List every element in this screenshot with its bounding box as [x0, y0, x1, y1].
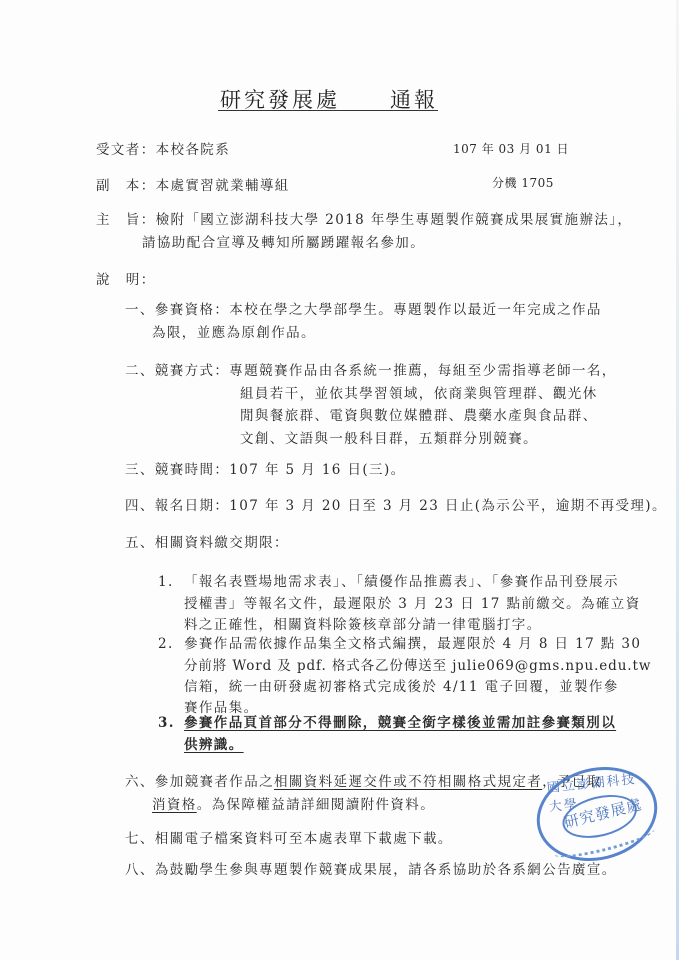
document-date: 107 年 03 月 01 日	[453, 140, 569, 157]
item-3: 三、競賽時間：107 年 5 月 16 日(三)。	[125, 462, 406, 478]
sub-2-number: 2.	[158, 636, 174, 652]
sub-1-line-1: 「報名表暨場地需求表」、「績優作品推薦表」、「參賽作品刊登展示	[184, 574, 619, 590]
explanation-label: 說 明：	[96, 272, 156, 288]
item-2-line-4: 文創、文語與一般科目群，五類群分別競賽。	[240, 431, 538, 447]
copy-value: 本處實習就業輔導組	[156, 178, 290, 194]
subject-line-2: 請協助配合宣導及轉知所屬踴躍報名參加。	[142, 235, 425, 251]
recipient-value: 本校各院系	[156, 142, 231, 158]
item-2-line-1: 二、競賽方式：專題競賽作品由各系統一推薦，每組至少需指導老師一名，	[125, 363, 617, 379]
item-6-line-2: 消資格。為保障權益請詳細閱讀附件資料。	[152, 797, 435, 813]
item-6-prefix: 六、參加競賽者作品之	[125, 774, 274, 790]
item-8: 八、為鼓勵學生參與專題製作競賽成果展，請各系協助於各系網公告廣宣。	[125, 862, 617, 878]
sub-1-line-3: 料之正確性，相關資料除簽核章部分請一律電腦打字。	[184, 617, 542, 633]
sub-3-number: 3.	[158, 715, 175, 731]
item-1-line-1: 一、參賽資格：本校在學之大學部學生。專題製作以最近一年完成之作品	[125, 302, 602, 318]
official-seal: 國立澎湖科技大學 研究發展處	[527, 755, 668, 874]
copy-row: 副 本：本處實習就業輔導組	[96, 178, 290, 194]
subject-row: 主 旨：檢附「國立澎湖科技大學 2018 年學生專題製作競賽成果展實施辦法」，	[96, 212, 632, 228]
item-1-line-2: 為限，並應為原創作品。	[152, 325, 316, 341]
copy-label: 副 本：	[96, 178, 156, 194]
extension-number: 分機 1705	[492, 174, 554, 191]
sub-3-line-1: 參賽作品頁首部分不得刪除，競賽全銜字樣後並需加註參賽類別以	[184, 715, 616, 731]
sub-2-line-1: 參賽作品需依據作品集全文格式編撰，最遲限於 4 月 8 日 17 點 30	[184, 636, 641, 652]
item-6-suffix: 。為保障權益請詳細閱讀附件資料。	[197, 797, 435, 813]
sub-2-line-3: 信箱，統一由研發處初審格式完成後於 4/11 電子回覆，並製作參	[184, 679, 619, 695]
sub-1-number: 1.	[158, 574, 174, 590]
recipient-label: 受文者：	[96, 142, 156, 158]
item-2-line-3: 閒與餐旅群、電資與數位媒體群、農藥水產與食品群、	[240, 408, 598, 424]
recipient-row: 受文者：本校各院系	[96, 142, 230, 158]
item-5-heading: 五、相關資料繳交期限：	[125, 535, 289, 551]
subject-label: 主 旨：	[96, 212, 156, 228]
sub-1-line-2: 授權書」等報名文件，最遲限於 3 月 23 日 17 點前繳交。為確立資	[184, 596, 641, 612]
item-6-underlined-1: 相關資料延遲交件或不符相關格式規定者	[274, 774, 542, 790]
subject-line-1: 檢附「國立澎湖科技大學 2018 年學生專題製作競賽成果展實施辦法」，	[156, 212, 633, 228]
sub-2-line-4: 賽作品集。	[184, 700, 259, 716]
item-4: 四、報名日期：107 年 3 月 20 日至 3 月 23 日止(為示公平，逾期…	[125, 498, 667, 514]
item-6-line-1: 六、參加競賽者作品之相關資料延遲交件或不符相關格式規定者，予已取	[125, 774, 602, 790]
title-underline	[218, 110, 438, 111]
sub-2-line-2: 分前將 Word 及 pdf. 格式各乙份傳送至 julie069@gms.np…	[184, 658, 651, 674]
item-6-underlined-2: 消資格	[152, 797, 197, 813]
sub-3-line-2: 供辨識。	[184, 737, 244, 753]
item-2-line-2: 組員若干，並依其學習領域，依商業與管理群、觀光休	[240, 386, 598, 402]
item-7: 七、相關電子檔案資料可至本處表單下載處下載。	[125, 831, 453, 847]
